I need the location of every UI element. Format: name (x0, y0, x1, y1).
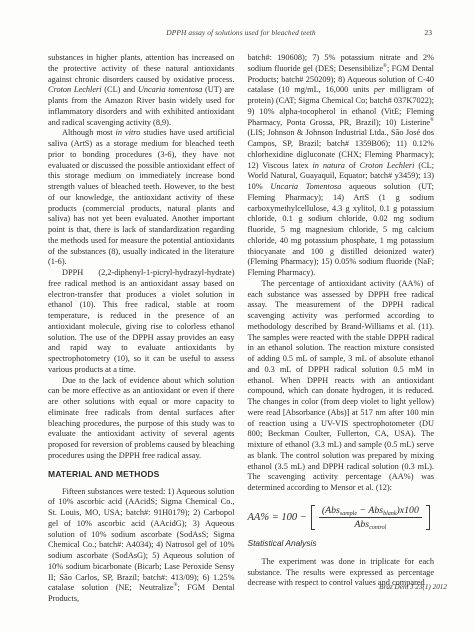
text-segment: Although most (62, 128, 116, 137)
paragraph: Due to the lack of evidence about which … (48, 376, 235, 462)
page-number: 23 (424, 28, 432, 37)
paragraph: batch#: 190608); 7) 5% potassium nitrate… (248, 53, 435, 279)
text-segment: sample (340, 511, 357, 517)
fraction-numerator: (Abssample − Absblank)x100 (319, 505, 422, 518)
fraction-denominator: Abscontrol (354, 518, 386, 530)
paragraph: The percentage of antioxidant activity (… (248, 279, 435, 494)
text-segment: studies have used artificial saliva (Art… (48, 128, 235, 266)
section-heading-statistical-analysis: Statistical Analysis (248, 538, 435, 548)
formula-fraction: (Abssample − Absblank)x100 Abscontrol (317, 504, 424, 531)
text-segment: (Abs (322, 505, 340, 516)
text-segment: The percentage of antioxidant activity (… (248, 279, 435, 492)
text-segment: in vitro (116, 128, 141, 137)
formula-lhs: AA% = 100 − (248, 512, 307, 523)
journal-reference: Braz Dent J 23(1) 2012 (379, 583, 447, 591)
text-segment: Fifteen substances were tested: 1) Aqueo… (48, 487, 235, 593)
text-segment: aqueous solution (UT; Fleming Pharmacy);… (248, 182, 435, 277)
two-column-body: substances in higher plants, attention h… (48, 53, 434, 605)
formula-right-bracket (426, 505, 430, 530)
journal-page: DPPH assay of solutions used for bleache… (0, 0, 474, 632)
page-footer: Braz Dent J 23(1) 2012 (379, 583, 447, 591)
text-segment: Uncaria Tomentosa (270, 182, 341, 191)
text-segment: Due to the lack of evidence about which … (48, 376, 235, 460)
text-segment: in natura (312, 161, 344, 170)
right-column: batch#: 190608); 7) 5% potassium nitrate… (248, 53, 435, 605)
paragraph: DPPH (2,2-diphenyl-1-picryl-hydrazyl-hyd… (48, 268, 235, 376)
text-segment: DPPH (2,2-diphenyl-1-picryl-hydrazyl-hyd… (48, 268, 235, 374)
running-title: DPPH assay of solutions used for bleache… (48, 28, 434, 37)
text-segment: Croton Lechleri (48, 85, 102, 94)
text-segment: Uncaria tomentosa (138, 85, 202, 94)
text-segment: (CL) and (102, 85, 138, 94)
text-segment: − Abs (357, 505, 383, 516)
text-segment: blank (383, 511, 396, 517)
paragraph: substances in higher plants, attention h… (48, 53, 235, 128)
aa-percentage-formula: AA% = 100 − (Abssample − Absblank)x100 A… (248, 504, 435, 531)
text-segment: per (374, 85, 385, 94)
text-segment: )x100 (397, 505, 419, 516)
text-segment: Abs (354, 519, 369, 530)
paragraph: Although most in vitro studies have used… (48, 128, 235, 268)
left-column: substances in higher plants, attention h… (48, 53, 235, 605)
section-heading-material-and-methods: MATERIAL AND METHODS (48, 469, 235, 479)
formula-left-bracket (311, 505, 315, 530)
text-segment: Croton Lechleri (360, 161, 415, 170)
paragraph: Fifteen substances were tested: 1) Aqueo… (48, 487, 235, 605)
text-segment: ® (430, 117, 434, 123)
text-segment: of (345, 161, 360, 170)
text-segment: substances in higher plants, attention h… (48, 53, 235, 84)
text-segment: control (369, 525, 386, 531)
page-header: DPPH assay of solutions used for bleache… (48, 28, 434, 40)
